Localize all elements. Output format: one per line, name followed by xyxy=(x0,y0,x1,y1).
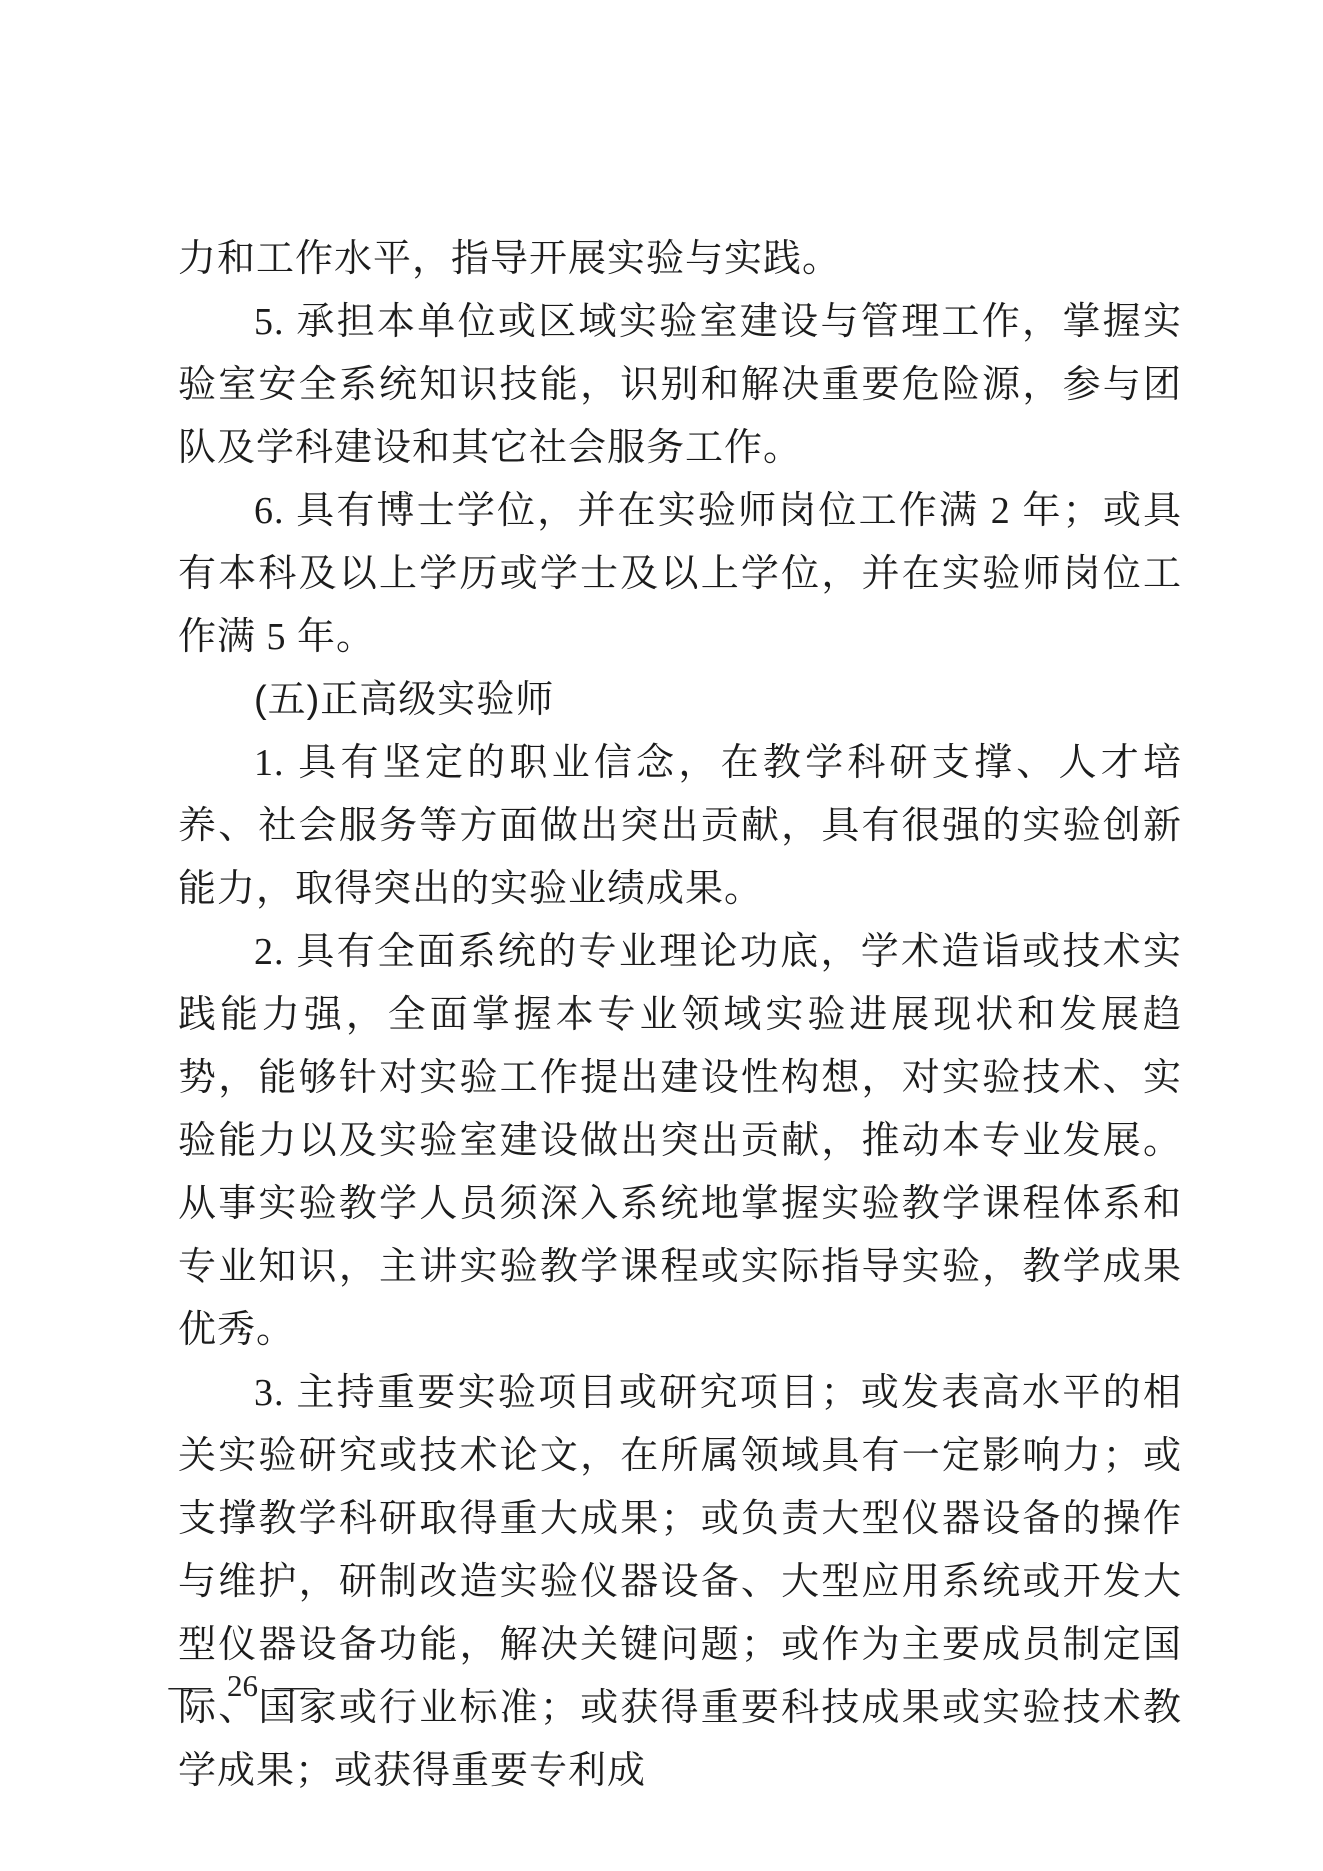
paragraph-item-3: 3. 主持重要实验项目或研究项目；或发表高水平的相关实验研究或技术论文，在所属领… xyxy=(178,1362,1182,1803)
paragraph-continuation: 力和工作水平，指导开展实验与实践。 xyxy=(178,228,1182,291)
page-number: 26 xyxy=(227,1668,258,1703)
paragraph-item-5: 5. 承担本单位或区域实验室建设与管理工作，掌握实验室安全系统知识技能，识别和解… xyxy=(178,291,1182,480)
paragraph-item-2: 2. 具有全面系统的专业理论功底，学术造诣或技术实践能力强，全面掌握本专业领域实… xyxy=(178,921,1182,1362)
paragraph-item-6: 6. 具有博士学位，并在实验师岗位工作满 2 年；或具有本科及以上学历或学士及以… xyxy=(178,480,1182,669)
footer-dash-right: — xyxy=(275,1666,317,1706)
document-body: 力和工作水平，指导开展实验与实践。 5. 承担本单位或区域实验室建设与管理工作，… xyxy=(178,228,1182,1803)
paragraph-item-1: 1. 具有坚定的职业信念，在教学科研支撑、人才培养、社会服务等方面做出突出贡献，… xyxy=(178,732,1182,921)
footer-dash-left: — xyxy=(169,1666,211,1706)
page-footer: —26— xyxy=(174,1666,311,1706)
section-heading-5-senior-experimentalist: (五)正高级实验师 xyxy=(178,669,1182,732)
document-page: 力和工作水平，指导开展实验与实践。 5. 承担本单位或区域实验室建设与管理工作，… xyxy=(0,0,1323,1871)
